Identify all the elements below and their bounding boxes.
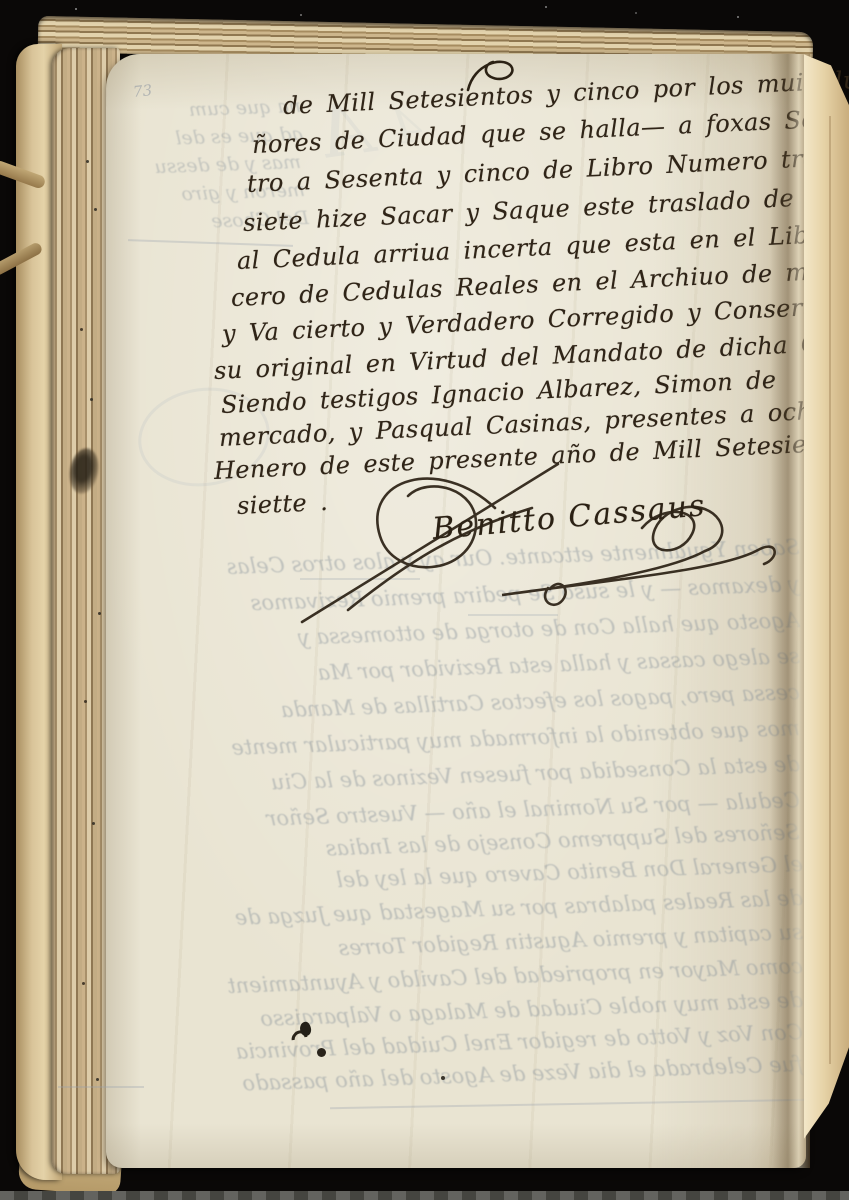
- scanner-edge-artifact: [0, 1191, 849, 1200]
- folio-number-bleed: 73: [132, 81, 153, 101]
- scan-background: 73 A 4 na que cum ad que es del mas y de…: [0, 0, 849, 1200]
- dust-specks: [75, 8, 77, 10]
- ink-blot: [317, 1048, 326, 1057]
- bleed-rule-line: [58, 1086, 144, 1088]
- signature: Benitto Cassaus: [290, 450, 790, 635]
- edge-specks: [86, 160, 89, 163]
- adjacent-page-edge: [804, 50, 849, 1152]
- ink-speck: [441, 1076, 445, 1080]
- signature-flourish-icon: [290, 450, 790, 635]
